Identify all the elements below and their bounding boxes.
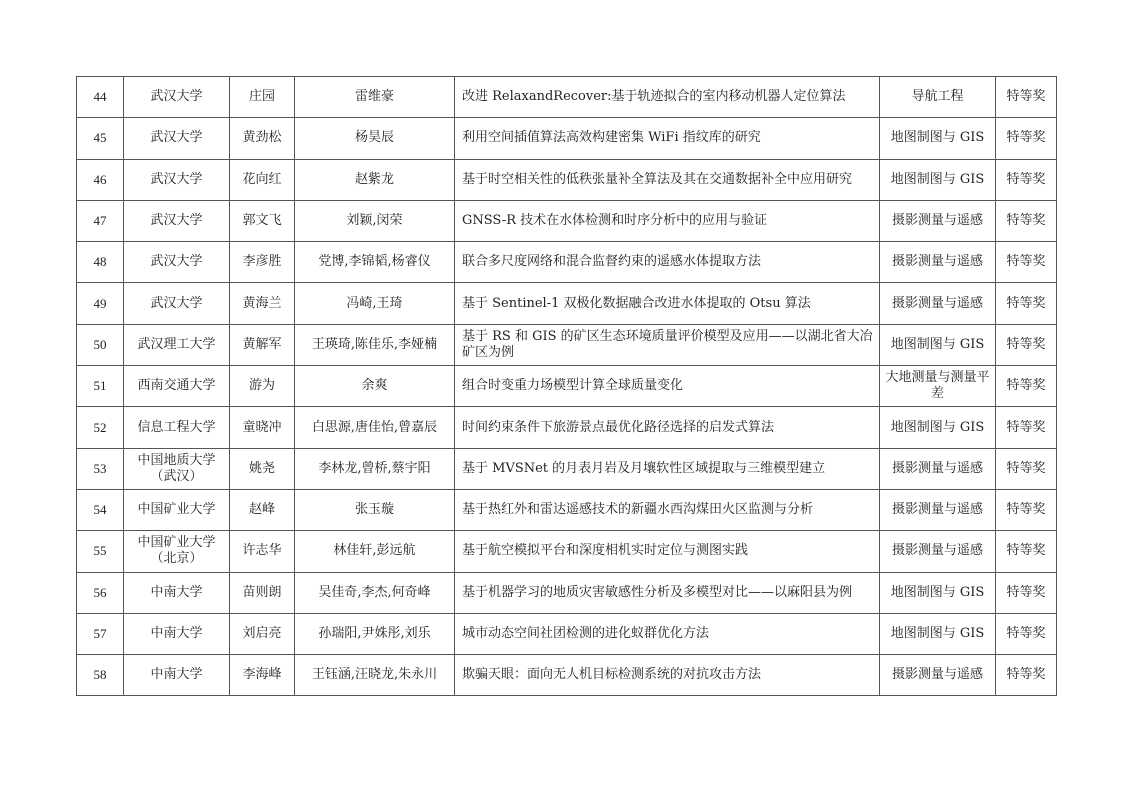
cell-students: 党博,李锦韬,杨睿仪: [295, 242, 455, 283]
cell-field: 摄影测量与遥感: [880, 531, 996, 572]
cell-award: 特等奖: [996, 448, 1057, 489]
cell-award: 特等奖: [996, 489, 1057, 530]
table-row: 52信息工程大学童晓冲白思源,唐佳怡,曾嘉辰时间约束条件下旅游景点最优化路径选择…: [77, 407, 1057, 448]
cell-field: 地图制图与 GIS: [880, 159, 996, 200]
cell-field: 大地测量与测量平差: [880, 366, 996, 407]
cell-project-title: 基于 RS 和 GIS 的矿区生态环境质量评价模型及应用——以湖北省大冶矿区为例: [455, 324, 880, 365]
cell-award: 特等奖: [996, 366, 1057, 407]
table-row: 47武汉大学郭文飞刘颖,闵荣GNSS-R 技术在水体检测和时序分析中的应用与验证…: [77, 200, 1057, 241]
cell-project-title: 基于机器学习的地质灾害敏感性分析及多模型对比——以麻阳县为例: [455, 572, 880, 613]
cell-advisor: 黄海兰: [230, 283, 295, 324]
cell-project-title: GNSS-R 技术在水体检测和时序分析中的应用与验证: [455, 200, 880, 241]
cell-students: 张玉璇: [295, 489, 455, 530]
table-row: 48武汉大学李彦胜党博,李锦韬,杨睿仪联合多尺度网络和混合监督约束的遥感水体提取…: [77, 242, 1057, 283]
cell-award: 特等奖: [996, 572, 1057, 613]
cell-field: 摄影测量与遥感: [880, 242, 996, 283]
table-row: 57中南大学刘启亮孙瑞阳,尹姝彤,刘乐城市动态空间社团检测的进化蚁群优化方法地图…: [77, 613, 1057, 654]
cell-project-title: 基于时空相关性的低秩张量补全算法及其在交通数据补全中应用研究: [455, 159, 880, 200]
cell-advisor: 姚尧: [230, 448, 295, 489]
awards-table: 44武汉大学庄园雷维豪改进 RelaxandRecover:基于轨迹拟合的室内移…: [76, 76, 1057, 696]
cell-field: 摄影测量与遥感: [880, 200, 996, 241]
cell-number: 52: [77, 407, 124, 448]
table-row: 53中国地质大学（武汉）姚尧李林龙,曾桥,蔡宇阳基于 MVSNet 的月表月岩及…: [77, 448, 1057, 489]
cell-students: 雷维豪: [295, 77, 455, 118]
cell-students: 王瑛琦,陈佳乐,李娅楠: [295, 324, 455, 365]
cell-advisor: 赵峰: [230, 489, 295, 530]
cell-number: 50: [77, 324, 124, 365]
table-row: 56中南大学苗则朗吴佳奇,李杰,何奇峰基于机器学习的地质灾害敏感性分析及多模型对…: [77, 572, 1057, 613]
table-row: 49武汉大学黄海兰冯崎,王琦基于 Sentinel-1 双极化数据融合改进水体提…: [77, 283, 1057, 324]
cell-field: 导航工程: [880, 77, 996, 118]
cell-award: 特等奖: [996, 283, 1057, 324]
cell-students: 林佳轩,彭远航: [295, 531, 455, 572]
cell-number: 48: [77, 242, 124, 283]
table-row: 55中国矿业大学（北京）许志华林佳轩,彭远航基于航空模拟平台和深度相机实时定位与…: [77, 531, 1057, 572]
cell-number: 47: [77, 200, 124, 241]
cell-number: 45: [77, 118, 124, 159]
cell-advisor: 黄解军: [230, 324, 295, 365]
cell-number: 44: [77, 77, 124, 118]
cell-advisor: 游为: [230, 366, 295, 407]
cell-students: 李林龙,曾桥,蔡宇阳: [295, 448, 455, 489]
cell-award: 特等奖: [996, 655, 1057, 696]
awards-table-body: 44武汉大学庄园雷维豪改进 RelaxandRecover:基于轨迹拟合的室内移…: [77, 77, 1057, 696]
cell-school: 武汉大学: [124, 200, 230, 241]
cell-field: 摄影测量与遥感: [880, 489, 996, 530]
cell-project-title: 利用空间插值算法高效构建密集 WiFi 指纹库的研究: [455, 118, 880, 159]
cell-students: 孙瑞阳,尹姝彤,刘乐: [295, 613, 455, 654]
cell-students: 冯崎,王琦: [295, 283, 455, 324]
cell-school: 中国矿业大学（北京）: [124, 531, 230, 572]
cell-advisor: 苗则朗: [230, 572, 295, 613]
cell-field: 地图制图与 GIS: [880, 572, 996, 613]
document-page: 44武汉大学庄园雷维豪改进 RelaxandRecover:基于轨迹拟合的室内移…: [0, 0, 1123, 794]
cell-award: 特等奖: [996, 613, 1057, 654]
cell-advisor: 黄劲松: [230, 118, 295, 159]
cell-school: 武汉大学: [124, 159, 230, 200]
cell-school: 武汉大学: [124, 242, 230, 283]
cell-award: 特等奖: [996, 407, 1057, 448]
cell-project-title: 改进 RelaxandRecover:基于轨迹拟合的室内移动机器人定位算法: [455, 77, 880, 118]
cell-advisor: 庄园: [230, 77, 295, 118]
cell-field: 摄影测量与遥感: [880, 448, 996, 489]
cell-number: 51: [77, 366, 124, 407]
cell-field: 地图制图与 GIS: [880, 324, 996, 365]
cell-advisor: 许志华: [230, 531, 295, 572]
cell-project-title: 城市动态空间社团检测的进化蚁群优化方法: [455, 613, 880, 654]
cell-school: 信息工程大学: [124, 407, 230, 448]
cell-award: 特等奖: [996, 242, 1057, 283]
cell-students: 王钰涵,汪晓龙,朱永川: [295, 655, 455, 696]
cell-school: 武汉大学: [124, 118, 230, 159]
cell-award: 特等奖: [996, 200, 1057, 241]
cell-school: 西南交通大学: [124, 366, 230, 407]
cell-school: 中国地质大学（武汉）: [124, 448, 230, 489]
cell-award: 特等奖: [996, 118, 1057, 159]
cell-school: 中南大学: [124, 655, 230, 696]
cell-project-title: 基于航空模拟平台和深度相机实时定位与测图实践: [455, 531, 880, 572]
cell-project-title: 基于 Sentinel-1 双极化数据融合改进水体提取的 Otsu 算法: [455, 283, 880, 324]
cell-number: 57: [77, 613, 124, 654]
cell-school: 武汉大学: [124, 77, 230, 118]
cell-field: 地图制图与 GIS: [880, 613, 996, 654]
table-row: 45武汉大学黄劲松杨昊辰利用空间插值算法高效构建密集 WiFi 指纹库的研究地图…: [77, 118, 1057, 159]
cell-number: 53: [77, 448, 124, 489]
cell-award: 特等奖: [996, 324, 1057, 365]
cell-advisor: 李彦胜: [230, 242, 295, 283]
table-row: 44武汉大学庄园雷维豪改进 RelaxandRecover:基于轨迹拟合的室内移…: [77, 77, 1057, 118]
cell-advisor: 刘启亮: [230, 613, 295, 654]
cell-students: 余爽: [295, 366, 455, 407]
cell-students: 白思源,唐佳怡,曾嘉辰: [295, 407, 455, 448]
cell-field: 地图制图与 GIS: [880, 118, 996, 159]
cell-number: 49: [77, 283, 124, 324]
cell-project-title: 基于热红外和雷达遥感技术的新疆水西沟煤田火区监测与分析: [455, 489, 880, 530]
cell-number: 58: [77, 655, 124, 696]
cell-number: 46: [77, 159, 124, 200]
table-row: 46武汉大学花向红赵紫龙基于时空相关性的低秩张量补全算法及其在交通数据补全中应用…: [77, 159, 1057, 200]
cell-number: 55: [77, 531, 124, 572]
cell-project-title: 基于 MVSNet 的月表月岩及月壤软性区域提取与三维模型建立: [455, 448, 880, 489]
cell-students: 杨昊辰: [295, 118, 455, 159]
cell-field: 地图制图与 GIS: [880, 407, 996, 448]
cell-school: 中国矿业大学: [124, 489, 230, 530]
cell-project-title: 时间约束条件下旅游景点最优化路径选择的启发式算法: [455, 407, 880, 448]
cell-school: 武汉理工大学: [124, 324, 230, 365]
cell-advisor: 花向红: [230, 159, 295, 200]
cell-award: 特等奖: [996, 531, 1057, 572]
cell-project-title: 欺骗天眼：面向无人机目标检测系统的对抗攻击方法: [455, 655, 880, 696]
cell-school: 武汉大学: [124, 283, 230, 324]
cell-students: 刘颖,闵荣: [295, 200, 455, 241]
cell-field: 摄影测量与遥感: [880, 655, 996, 696]
cell-advisor: 郭文飞: [230, 200, 295, 241]
cell-school: 中南大学: [124, 572, 230, 613]
table-row: 58中南大学李海峰王钰涵,汪晓龙,朱永川欺骗天眼：面向无人机目标检测系统的对抗攻…: [77, 655, 1057, 696]
cell-project-title: 联合多尺度网络和混合监督约束的遥感水体提取方法: [455, 242, 880, 283]
cell-number: 54: [77, 489, 124, 530]
table-row: 50武汉理工大学黄解军王瑛琦,陈佳乐,李娅楠基于 RS 和 GIS 的矿区生态环…: [77, 324, 1057, 365]
table-row: 54中国矿业大学赵峰张玉璇基于热红外和雷达遥感技术的新疆水西沟煤田火区监测与分析…: [77, 489, 1057, 530]
cell-advisor: 李海峰: [230, 655, 295, 696]
cell-students: 吴佳奇,李杰,何奇峰: [295, 572, 455, 613]
cell-field: 摄影测量与遥感: [880, 283, 996, 324]
cell-advisor: 童晓冲: [230, 407, 295, 448]
table-row: 51西南交通大学游为余爽组合时变重力场模型计算全球质量变化大地测量与测量平差特等…: [77, 366, 1057, 407]
cell-number: 56: [77, 572, 124, 613]
cell-students: 赵紫龙: [295, 159, 455, 200]
cell-project-title: 组合时变重力场模型计算全球质量变化: [455, 366, 880, 407]
cell-award: 特等奖: [996, 77, 1057, 118]
cell-award: 特等奖: [996, 159, 1057, 200]
cell-school: 中南大学: [124, 613, 230, 654]
